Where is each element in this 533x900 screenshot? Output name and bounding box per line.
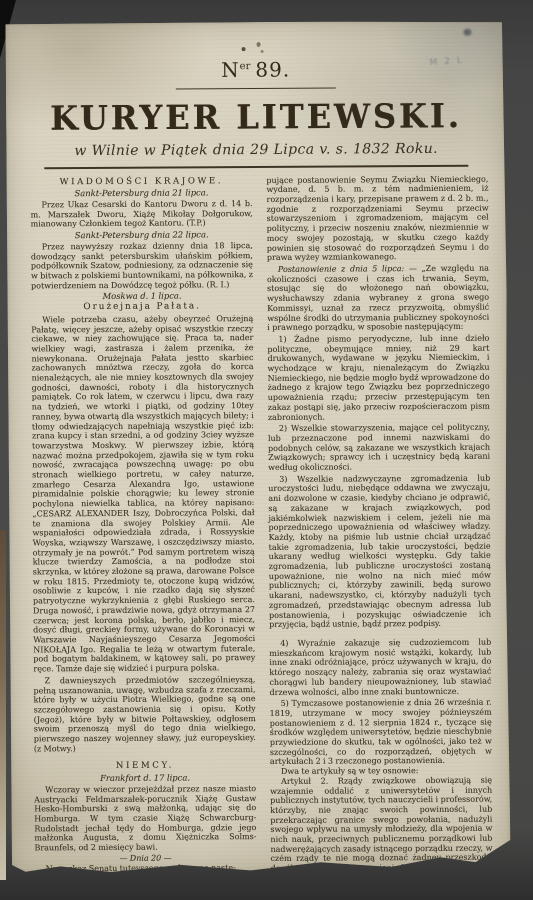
issue-value: 89. <box>255 57 290 81</box>
section-heading-wiadomosci-krajowe: WIADOMOŚCI KRAJOWE. <box>30 177 252 188</box>
paragraph-text: WIADOMOŚCI KRAJOWE. <box>60 176 223 187</box>
news-paragraph: Postanowienie z dnia 5 lipca: — „Ze wzgl… <box>267 264 489 333</box>
dateline-petersburg-22: Sankt-Petersburg dnia 22 lipca. <box>31 230 253 241</box>
decree-item-1: 1) Żadne pismo peryodyczne, lub inne dzi… <box>267 333 490 422</box>
body-columns: WIADOMOŚCI KRAJOWE.Sankt-Petersburg dnia… <box>6 166 510 895</box>
dateline-frankfort: Frankfort d. 17 lipca. <box>34 773 256 784</box>
paragraph-text: — Dnia 20 — <box>119 853 171 862</box>
news-paragraph: Z dawnieyszych przedmiotów szczególnieys… <box>33 675 255 754</box>
news-paragraph: Przez naywyższy rozkaz dzienny dnia 18 l… <box>31 241 253 291</box>
masthead-dateline: w Wilnie w Piątek dnia 29 Lipca v. s. 18… <box>6 141 506 161</box>
paragraph-text: Na rozkaz Senatu tuteyszego, ogłoszono n… <box>46 864 236 874</box>
news-paragraph: Wczoray w wieczor przejeżdżał przez nasz… <box>34 784 256 853</box>
paragraph-text: 4) Wyraźnie zakazuje się cudzoziemcom lu… <box>269 638 491 697</box>
paragraph-text: pujące postanowienie Seymu Związku Niemi… <box>266 174 488 262</box>
masthead: Ner89. KURYER LITEWSKI. w Wilnie w Piąte… <box>5 20 506 169</box>
right-column: pujące postanowienie Seymu Związku Niemi… <box>266 174 492 893</box>
news-paragraph: Na rozkaz Senatu tuteyszego, ogłoszono n… <box>35 863 257 874</box>
newspaper-title: KURYER LITEWSKI. <box>6 95 506 140</box>
decree-item-3: 3) Wszelkie nadzwyczayne zgromadzenia lu… <box>268 473 491 630</box>
section-heading-niemcy: NIEMCY. <box>34 761 256 772</box>
issue-prefix: N <box>221 58 240 82</box>
news-paragraph: Przez Ukaz Cesarski do Kantoru Dworu z d… <box>30 199 252 229</box>
paragraph-text: 5) Tymczasowe postanowienie z dnia 26 wr… <box>270 698 492 767</box>
issue-number: Ner89. <box>6 52 506 84</box>
paragraph-text: — „Ze względu na okoliczności czasowe i … <box>267 264 489 333</box>
adjacent-page-edge <box>0 530 6 880</box>
paragraph-text: Orużejnaja Pałata. <box>83 301 201 312</box>
dateline-dnia-20: — Dnia 20 — <box>34 853 256 864</box>
paragraph-text: Moskwa d. 1 lipca. <box>103 291 182 301</box>
paragraph-text: 1) Żadne pismo peryodyczne, lub inne dzi… <box>267 333 489 421</box>
paragraph-text: Przez naywyższy rozkaz dzienny dnia 18 l… <box>31 241 253 290</box>
paragraph-text: Frankfort d. 17 lipca. <box>100 773 190 784</box>
article-2-paragraph: Artykuł 2. Rządy związkowe obowiązują si… <box>270 775 493 893</box>
paragraph-text: Sankt-Petersburg dnia 21 lipca. <box>74 188 208 199</box>
paragraph-text: Przez Ukaz Cesarski do Kantoru Dworu z d… <box>31 199 253 229</box>
paragraph-text: Z dawnieyszych przedmiotów szczególnieys… <box>33 675 255 753</box>
subheading-oruzejnaja-palata: Orużejnaja Pałata. <box>31 302 253 313</box>
paragraph-text: Sankt-Petersburg dnia 22 lipca. <box>75 229 209 240</box>
masthead-divider-short <box>176 87 336 89</box>
paragraph-lead: Postanowienie z dnia 5 lipca: <box>278 264 404 274</box>
paragraph-text: 2) Wszelkie stowarzyszenia, mające cel p… <box>268 423 490 472</box>
paragraph-text: 3) Wszelkie nadzwyczayne zgromadzenia lu… <box>268 473 491 629</box>
decree-item-2: 2) Wszelkie stowarzyszenia, mające cel p… <box>268 423 490 473</box>
paragraph-text: NIEMCY. <box>116 761 174 771</box>
decree-item-5: 5) Tymczasowe postanowienie z dnia 26 wr… <box>270 698 492 767</box>
paragraph-text: Dwa te artykuły są w tey osnowie: <box>281 766 418 776</box>
newspaper-page: M 2 L Ner89. KURYER LITEWSKI. w Wilnie w… <box>5 20 510 873</box>
paragraph-text: Artykuł 2. Rządy związkowe obowiązują si… <box>270 775 493 892</box>
issue-superscript: er <box>240 61 251 72</box>
news-paragraph-continuation: pujące postanowienie Seymu Związku Niemi… <box>266 174 489 263</box>
paragraph-text: Wiele potrzeba czasu, ażeby obeyrzeć Oru… <box>31 314 255 674</box>
dateline-petersburg-21: Sankt-Petersburg dnia 21 lipca. <box>30 188 252 199</box>
decree-item-4: 4) Wyraźnie zakazuje się cudzoziemcom lu… <box>269 638 491 698</box>
paragraph-text: Wczoray w wieczor przejeżdżał przez nasz… <box>34 784 256 853</box>
left-column: WIADOMOŚCI KRAJOWE.Sankt-Petersburg dnia… <box>30 176 256 895</box>
news-paragraph: Wiele potrzeba czasu, ażeby obeyrzeć Oru… <box>31 314 255 674</box>
